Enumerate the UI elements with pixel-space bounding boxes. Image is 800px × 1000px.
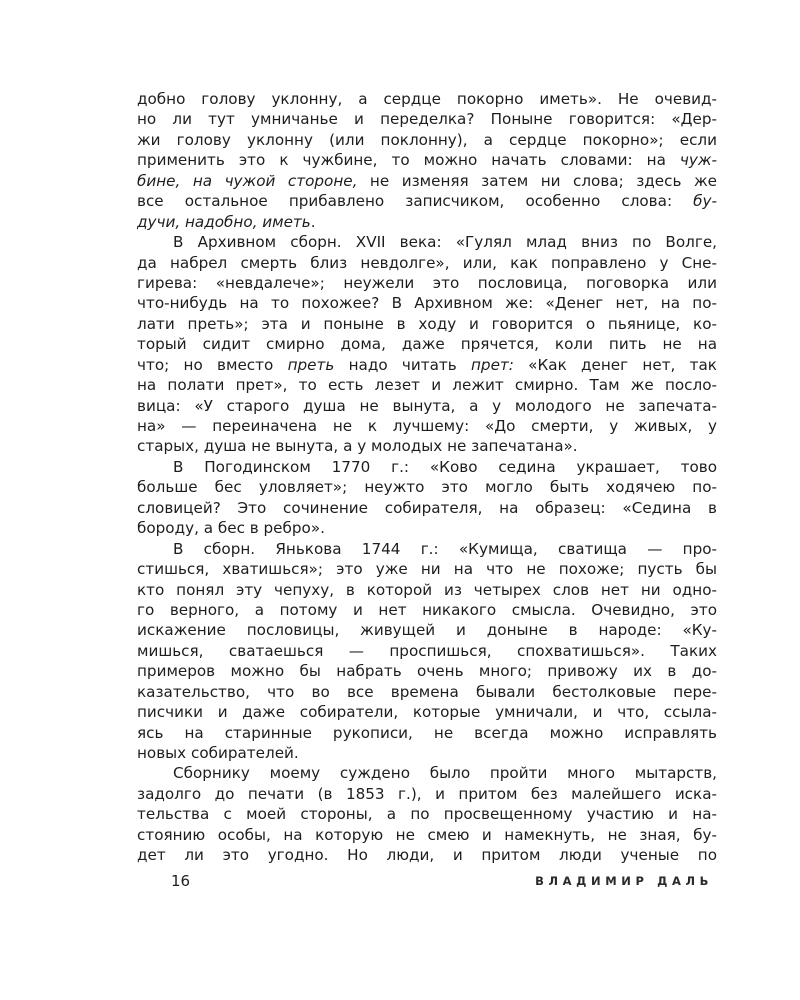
text-line: старых, душа не вынута, а у молодых не з… — [137, 436, 717, 456]
italic-text: преть — [288, 356, 335, 374]
text-line: вица: «У старого душа не вынута, а у мол… — [137, 396, 717, 416]
text-span: писчики и даже собиратели, которые умнич… — [137, 703, 717, 721]
text-line: торый сидит смирно дома, даже прячется, … — [137, 334, 717, 354]
text-line: добно голову уклонну, а сердце покорно и… — [137, 89, 717, 109]
text-span: казательство, что во все времена бывали … — [137, 683, 717, 701]
text-line: на» — переиначена не к лучшему: «До смер… — [137, 416, 717, 436]
text-span: стишься, хватишься»; это уже ни на что н… — [137, 560, 717, 578]
page-footer: 16 ВЛАДИМИР ДАЛЬ — [0, 872, 800, 894]
text-line: словицей? Это сочинение собирателя, на о… — [137, 498, 717, 518]
text-span: В Архивном сборн. XVII века: «Гулял млад… — [173, 233, 717, 251]
text-span: ясь на старинные рукописи, не всегда мож… — [137, 724, 717, 742]
text-line: В Архивном сборн. XVII века: «Гулял млад… — [137, 232, 717, 252]
text-span: вица: «У старого душа не вынута, а у мол… — [137, 397, 717, 415]
text-span: гирева: «невдалече»; неужели это послови… — [137, 274, 717, 292]
italic-text: чуж- — [680, 151, 717, 169]
text-line: что; но вместо преть надо читать прет: «… — [137, 355, 717, 375]
text-span: что; но вместо — [137, 356, 288, 374]
text-span: на полати прет», то есть лезет и лежит с… — [137, 376, 717, 394]
text-span: В Погодинском 1770 г.: «Ково седина укра… — [173, 458, 717, 476]
italic-text: прет: — [471, 356, 514, 374]
text-line: на полати прет», то есть лезет и лежит с… — [137, 375, 717, 395]
text-span: новых собирателей. — [137, 744, 299, 762]
text-line: тельства с моей стороны, а по просвещенн… — [137, 804, 717, 824]
text-span: В сборн. Янькова 1744 г.: «Кумища, свати… — [173, 540, 717, 558]
text-line: больше бес уловляет»; неужто это могло б… — [137, 477, 717, 497]
text-span: Сборнику моему суждено было пройти много… — [173, 764, 717, 782]
text-line: дет ли это угодно. Но люди, и притом люд… — [137, 845, 717, 865]
text-line: дучи, надобно, иметь. — [137, 212, 717, 232]
text-span: на» — переиначена не к лучшему: «До смер… — [137, 417, 717, 435]
text-span: искажение пословицы, живущей и доныне в … — [137, 621, 717, 639]
text-span: лати преть»; эта и поныне в ходу и говор… — [137, 315, 717, 333]
text-span: добно голову уклонну, а сердце покорно и… — [137, 90, 717, 108]
text-line: задолго до печати (в 1853 г.), и притом … — [137, 784, 717, 804]
text-line: но ли тут умничанье и переделка? Поныне … — [137, 109, 717, 129]
text-span: кто понял эту чепуху, в которой из четыр… — [137, 581, 717, 599]
text-span: дет ли это угодно. Но люди, и притом люд… — [137, 846, 717, 864]
text-line: го верного, а потому и нет никакого смыс… — [137, 600, 717, 620]
text-line: все остальное прибавлено записчиком, осо… — [137, 191, 717, 211]
text-line: стишься, хватишься»; это уже ни на что н… — [137, 559, 717, 579]
text-span: словицей? Это сочинение собирателя, на о… — [137, 499, 717, 517]
text-span: торый сидит смирно дома, даже прячется, … — [137, 335, 717, 353]
text-line: В сборн. Янькова 1744 г.: «Кумища, свати… — [137, 539, 717, 559]
text-span: не изменяя затем ни слова; здесь же — [357, 172, 717, 190]
text-span: но ли тут умничанье и переделка? Поныне … — [137, 110, 717, 128]
text-span: надо читать — [334, 356, 471, 374]
text-span: жи голову уклонну (или поклонну), а серд… — [137, 131, 717, 149]
text-line: ясь на старинные рукописи, не всегда мож… — [137, 723, 717, 743]
text-span: тельства с моей стороны, а по просвещенн… — [137, 805, 717, 823]
text-span: больше бес уловляет»; неужто это могло б… — [137, 478, 717, 496]
text-line: гирева: «невдалече»; неужели это послови… — [137, 273, 717, 293]
text-line: применить это к чужбине, то можно начать… — [137, 150, 717, 170]
text-span: . — [311, 213, 316, 231]
text-line: бороду, а бес в ребро». — [137, 518, 717, 538]
running-head-author: ВЛАДИМИР ДАЛЬ — [535, 874, 713, 888]
text-line: Сборнику моему суждено было пройти много… — [137, 763, 717, 783]
italic-text: бу- — [693, 192, 717, 210]
text-span: применить это к чужбине, то можно начать… — [137, 151, 680, 169]
text-line: жи голову уклонну (или поклонну), а серд… — [137, 130, 717, 150]
text-line: искажение пословицы, живущей и доныне в … — [137, 620, 717, 640]
text-span: все остальное прибавлено записчиком, осо… — [137, 192, 693, 210]
text-span: да набрел смерть близ невдолге», или, ка… — [137, 254, 717, 272]
text-line: что-нибудь на то похожее? В Архивном же:… — [137, 293, 717, 313]
italic-text: бине, на чужой стороне, — [137, 172, 357, 190]
text-span: задолго до печати (в 1853 г.), и притом … — [137, 785, 717, 803]
text-span: мишься, сватаешься — проспишься, спохват… — [137, 642, 717, 660]
text-line: казательство, что во все времена бывали … — [137, 682, 717, 702]
text-span: старых, душа не вынута, а у молодых не з… — [137, 437, 578, 455]
text-line: примеров можно бы набрать очень много; п… — [137, 661, 717, 681]
text-line: В Погодинском 1770 г.: «Ково седина укра… — [137, 457, 717, 477]
text-span: стоянию особы, на которую не смею и наме… — [137, 826, 717, 844]
page-body-text: добно голову уклонну, а сердце покорно и… — [137, 89, 717, 866]
text-line: мишься, сватаешься — проспишься, спохват… — [137, 641, 717, 661]
page-number: 16 — [171, 872, 190, 890]
text-span: бороду, а бес в ребро». — [137, 519, 325, 537]
text-span: примеров можно бы набрать очень много; п… — [137, 662, 717, 680]
text-line: да набрел смерть близ невдолге», или, ка… — [137, 253, 717, 273]
text-line: кто понял эту чепуху, в которой из четыр… — [137, 580, 717, 600]
text-line: лати преть»; эта и поныне в ходу и говор… — [137, 314, 717, 334]
text-line: новых собирателей. — [137, 743, 717, 763]
text-line: писчики и даже собиратели, которые умнич… — [137, 702, 717, 722]
text-line: стоянию особы, на которую не смею и наме… — [137, 825, 717, 845]
text-line: бине, на чужой стороне, не изменяя затем… — [137, 171, 717, 191]
text-span: го верного, а потому и нет никакого смыс… — [137, 601, 717, 619]
italic-text: дучи, надобно, иметь — [137, 213, 311, 231]
text-span: «Как денег нет, так — [514, 356, 717, 374]
text-span: что-нибудь на то похожее? В Архивном же:… — [137, 294, 717, 312]
